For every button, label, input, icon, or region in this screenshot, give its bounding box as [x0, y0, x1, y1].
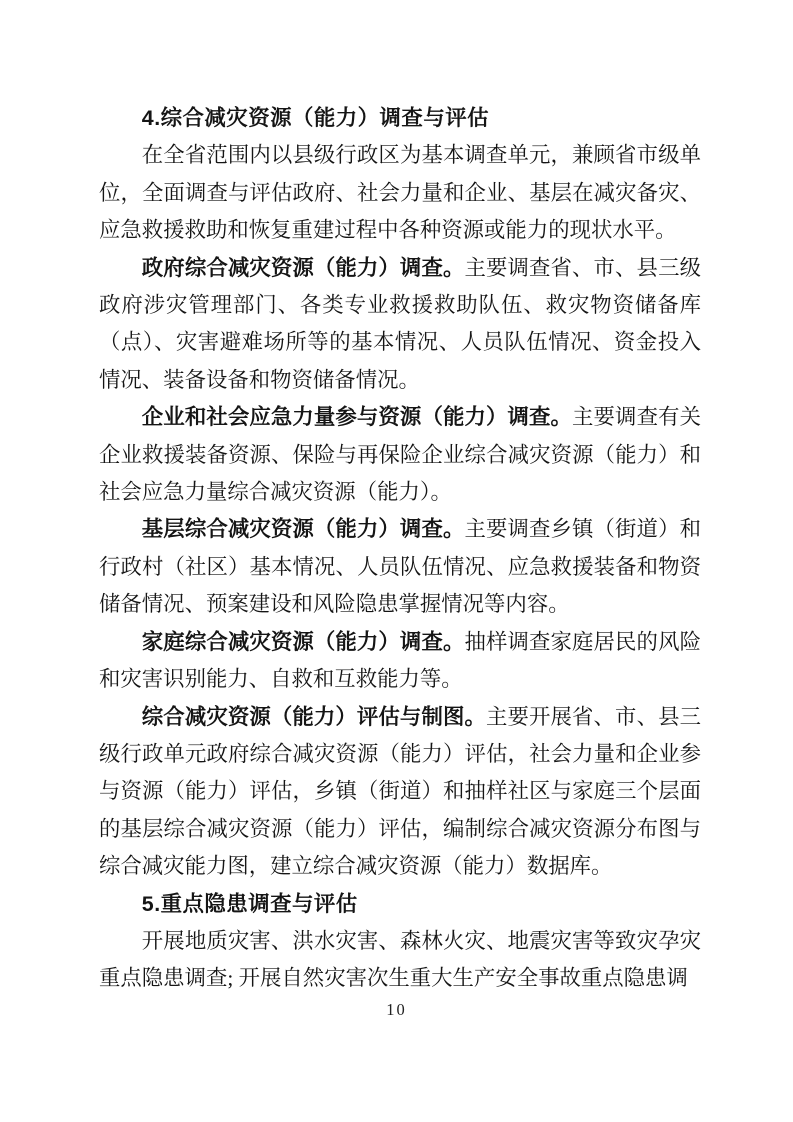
paragraph-hidden-danger: 开展地质灾害、洪水灾害、森林火灾、地震灾害等致灾孕灾重点隐患调查; 开展自然灾害…	[99, 923, 701, 998]
section-heading-4: 4.综合减灾资源（能力）调查与评估	[99, 100, 701, 137]
paragraph-assessment-mapping: 综合减灾资源（能力）评估与制图。主要开展省、市、县三级行政单元政府综合减灾资源（…	[99, 699, 701, 886]
paragraph-text: 主要开展省、市、县三级行政单元政府综合减灾资源（能力）评估，社会力量和企业参与资…	[99, 705, 701, 879]
paragraph-lead: 政府综合减灾资源（能力）调查。	[142, 256, 465, 280]
section-heading-5-text: 5.重点隐患调查与评估	[142, 892, 358, 916]
section-heading-4-text: 4.综合减灾资源（能力）调查与评估	[142, 106, 489, 130]
paragraph-grassroots-survey: 基层综合减灾资源（能力）调查。主要调查乡镇（街道）和行政村（社区）基本情况、人员…	[99, 511, 701, 623]
paragraph-government-survey: 政府综合减灾资源（能力）调查。主要调查省、市、县三级政府涉灾管理部门、各类专业救…	[99, 250, 701, 400]
paragraph-lead: 企业和社会应急力量参与资源（能力）调查。	[142, 405, 572, 429]
paragraph-enterprise-survey: 企业和社会应急力量参与资源（能力）调查。主要调查有关企业救援装备资源、保险与再保…	[99, 399, 701, 511]
paragraph-household-survey: 家庭综合减灾资源（能力）调查。抽样调查家庭居民的风险和灾害识别能力、自救和互救能…	[99, 624, 701, 699]
paragraph-overview: 在全省范围内以县级行政区为基本调查单元，兼顾省市级单位，全面调查与评估政府、社会…	[99, 137, 701, 249]
paragraph-lead: 基层综合减灾资源（能力）调查。	[142, 517, 465, 541]
paragraph-text: 开展地质灾害、洪水灾害、森林火灾、地震灾害等致灾孕灾重点隐患调查; 开展自然灾害…	[99, 929, 701, 990]
document-page: 4.综合减灾资源（能力）调查与评估 在全省范围内以县级行政区为基本调查单元，兼顾…	[0, 0, 793, 1122]
paragraph-text: 在全省范围内以县级行政区为基本调查单元，兼顾省市级单位，全面调查与评估政府、社会…	[99, 143, 701, 242]
paragraph-lead: 综合减灾资源（能力）评估与制图。	[142, 705, 486, 729]
page-number: 10	[0, 1000, 793, 1020]
page-content: 4.综合减灾资源（能力）调查与评估 在全省范围内以县级行政区为基本调查单元，兼顾…	[99, 100, 701, 998]
section-heading-5: 5.重点隐患调查与评估	[99, 886, 701, 923]
paragraph-lead: 家庭综合减灾资源（能力）调查。	[142, 630, 465, 654]
